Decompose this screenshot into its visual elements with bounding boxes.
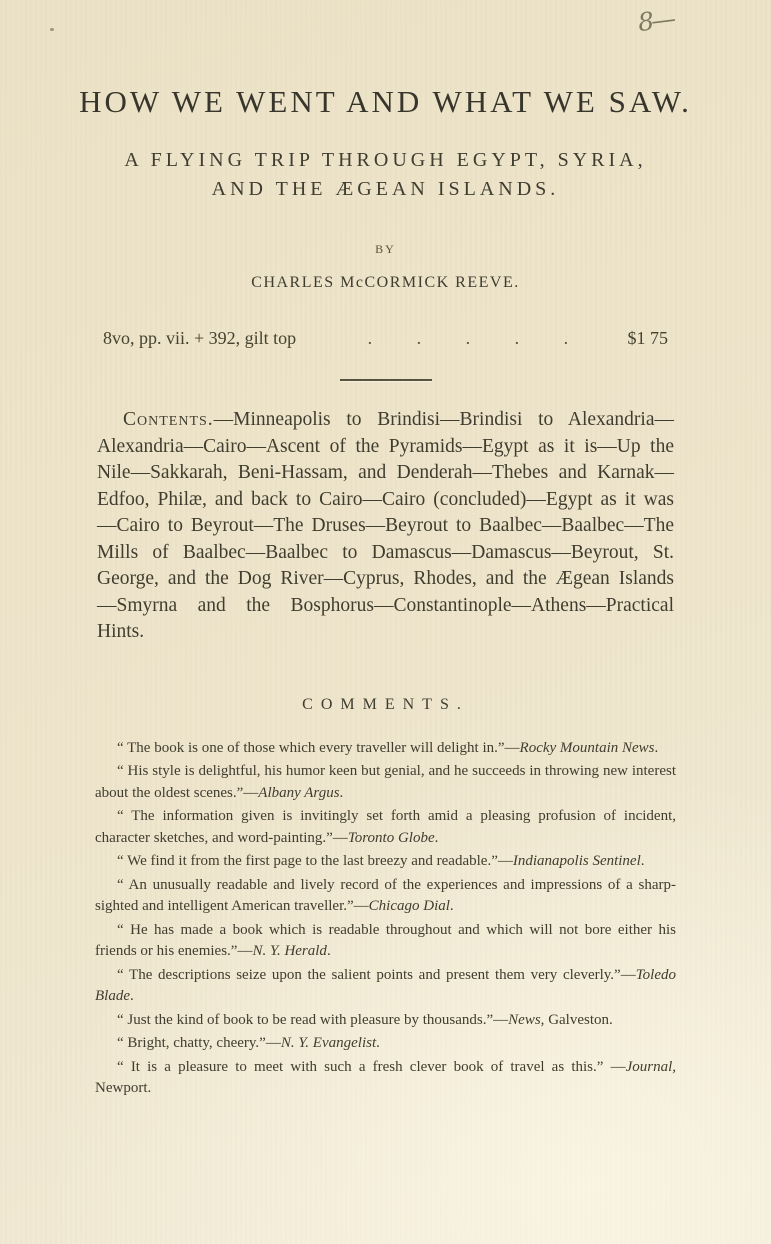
comment-quote: “ The book is one of those which every t… (117, 740, 520, 756)
comment-item: “ He has made a book which is readable t… (95, 920, 676, 963)
subtitle-line-2: AND THE ÆGEAN ISLANDS. (0, 175, 771, 204)
comment-quote: “ It is a pleasure to meet with such a f… (117, 1059, 626, 1075)
comment-source: N. Y. Herald (252, 943, 326, 959)
comment-item: “ Just the kind of book to be read with … (95, 1010, 676, 1032)
comment-item: “ His style is delightful, his humor kee… (95, 761, 676, 804)
comment-after: . (327, 943, 331, 959)
comments-list: “ The book is one of those which every t… (95, 738, 676, 1100)
edition-price-line: 8vo, pp. vii. + 392, gilt top . . . . . … (103, 328, 668, 349)
contents-paragraph: Contents.—Minneapolis to Brindisi—Brindi… (97, 407, 674, 646)
comments-heading: COMMENTS. (0, 696, 771, 714)
comment-quote: “ We find it from the first page to the … (117, 853, 513, 869)
comment-quote: “ Just the kind of book to be read with … (117, 1012, 508, 1028)
subtitle-line-1: A FLYING TRIP THROUGH EGYPT, SYRIA, (0, 146, 771, 175)
comment-source: Rocky Mountain News (520, 740, 655, 756)
contents-label: Contents. (123, 409, 214, 430)
edition-description: 8vo, pp. vii. + 392, gilt top (103, 328, 296, 349)
comment-after: . (435, 830, 439, 846)
comment-after: . (130, 988, 134, 1004)
comment-source: Journal, (626, 1059, 676, 1075)
comment-source: Indianapolis Sentinel (513, 853, 641, 869)
comment-item: “ We find it from the first page to the … (95, 851, 676, 873)
handwritten-mark: 8— (636, 4, 674, 37)
contents-text: —Minneapolis to Brindisi—Brindisi to Ale… (97, 409, 674, 642)
paper-speck (50, 28, 54, 31)
comment-after: . (376, 1035, 380, 1051)
comment-after: . (450, 898, 454, 914)
comment-source: News, (508, 1012, 544, 1028)
comment-item: “ Bright, chatty, cheery.”—N. Y. Evangel… (95, 1033, 676, 1055)
comment-quote: “ Bright, chatty, cheery.”— (117, 1035, 281, 1051)
comment-item: “ An unusually readable and lively recor… (95, 875, 676, 918)
comment-item: “ The descriptions seize upon the salien… (95, 965, 676, 1008)
section-divider-rule (340, 379, 432, 381)
author-name: CHARLES McCORMICK REEVE. (0, 274, 771, 292)
comment-source: Chicago Dial (369, 898, 450, 914)
comment-item: “ The information given is invitingly se… (95, 806, 676, 849)
comment-item: “ The book is one of those which every t… (95, 738, 676, 760)
comment-quote: “ He has made a book which is readable t… (95, 922, 676, 960)
byline-label: BY (0, 242, 771, 257)
comment-source: Albany Argus (258, 785, 339, 801)
comment-after: Galveston. (544, 1012, 612, 1028)
comment-quote: “ His style is delightful, his humor kee… (95, 763, 676, 801)
comment-after: . (641, 853, 645, 869)
comment-after: . (340, 785, 344, 801)
comment-quote: “ The descriptions seize upon the salien… (117, 967, 636, 983)
leader-dots: . . . . . (296, 328, 627, 349)
comment-after: . (655, 740, 659, 756)
page-subtitle: A FLYING TRIP THROUGH EGYPT, SYRIA, AND … (0, 146, 771, 204)
comment-item: “ It is a pleasure to meet with such a f… (95, 1057, 676, 1100)
comment-source: N. Y. Evangelist (281, 1035, 376, 1051)
comment-source: Toronto Globe (348, 830, 435, 846)
comment-after: Newport. (95, 1080, 151, 1096)
scanned-book-page: 8— HOW WE WENT AND WHAT WE SAW. A FLYING… (0, 0, 771, 1244)
price-value: $1 75 (628, 328, 669, 349)
